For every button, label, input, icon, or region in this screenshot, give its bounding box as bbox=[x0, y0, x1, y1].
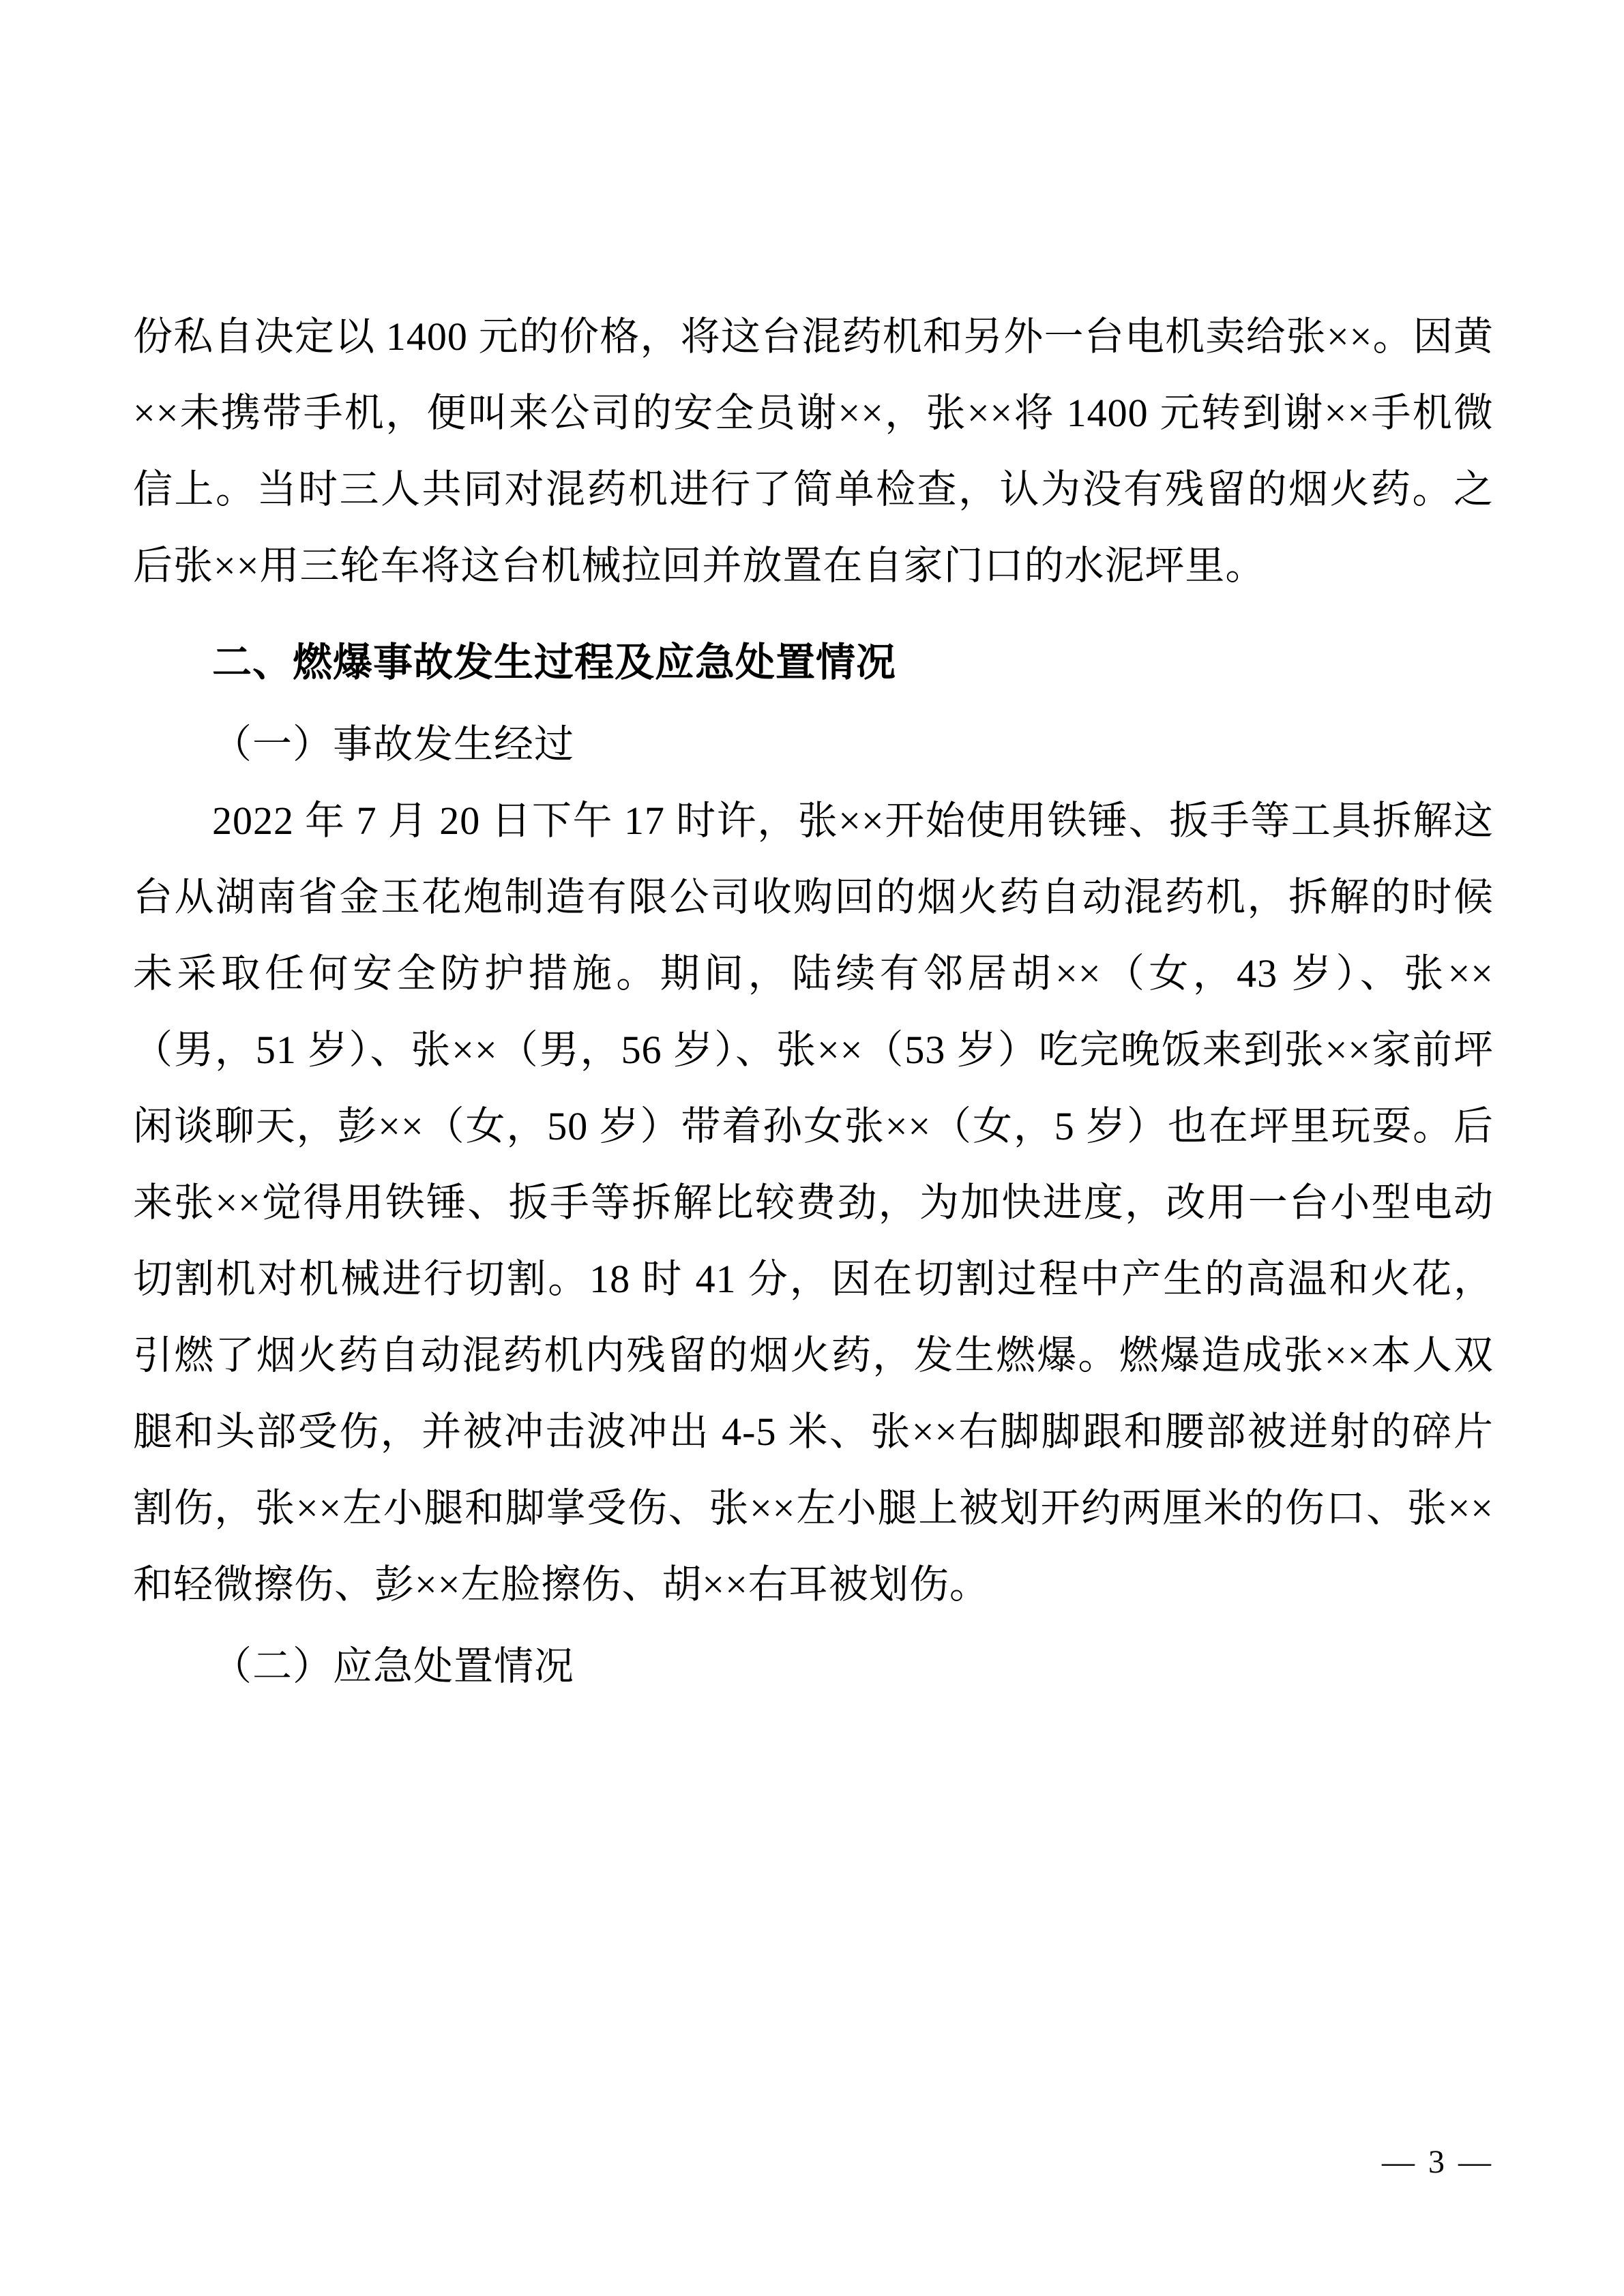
document-page: 份私自决定以 1400 元的价格，将这台混药机和另外一台电机卖给张××。因黄××… bbox=[0, 0, 1624, 2296]
document-body: 份私自决定以 1400 元的价格，将这台混药机和另外一台电机卖给张××。因黄××… bbox=[133, 299, 1494, 1705]
paragraph-accident-course: 2022 年 7 月 20 日下午 17 时许，张××开始使用铁锤、扳手等工具拆… bbox=[133, 783, 1494, 1623]
section-heading-2: 二、燃爆事故发生过程及应急处置情况 bbox=[133, 625, 1494, 701]
paragraph-continuation: 份私自决定以 1400 元的价格，将这台混药机和另外一台电机卖给张××。因黄××… bbox=[133, 299, 1494, 604]
subsection-heading-1: （一）事故发生经过 bbox=[133, 706, 1494, 783]
page-number: — 3 — bbox=[1382, 2146, 1494, 2179]
subsection-heading-2: （二）应急处置情况 bbox=[133, 1628, 1494, 1705]
